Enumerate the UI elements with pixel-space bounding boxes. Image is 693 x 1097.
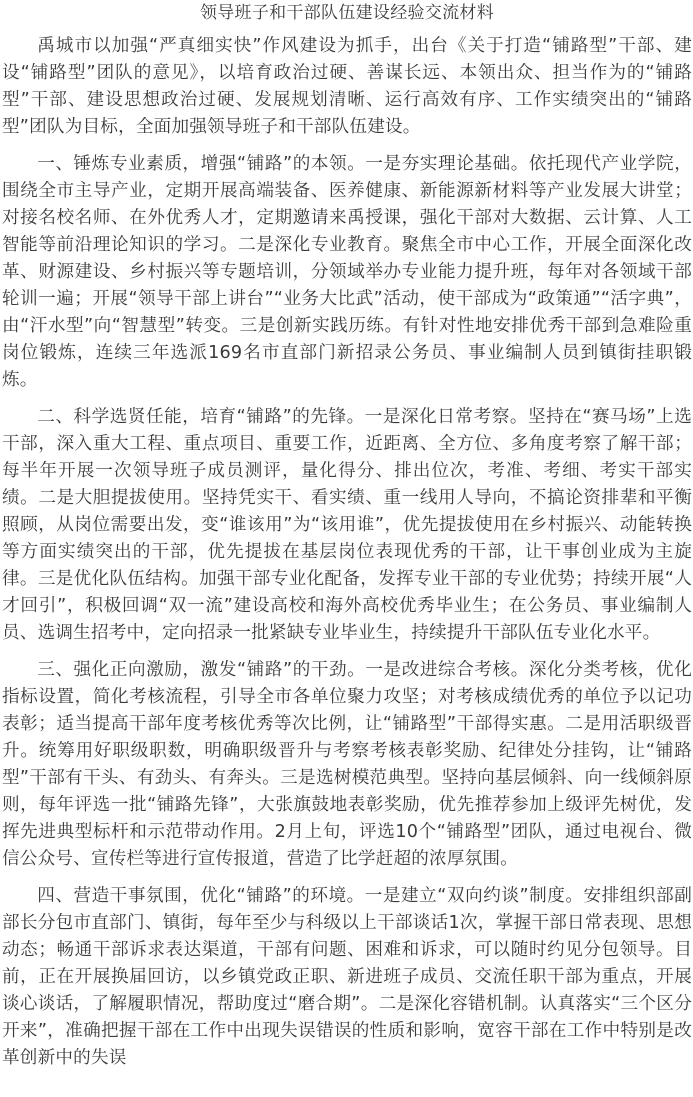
document: 领导班子和干部队伍建设经验交流材料 禹城市以加强“严真细实快”作风建设为抓手，出… bbox=[0, 0, 693, 1072]
paragraph-intro: 禹城市以加强“严真细实快”作风建设为抓手，出台《关于打造“铺路型”干部、建设“铺… bbox=[2, 33, 692, 141]
paragraph-section-3: 三、强化正向激励，激发“铺路”的干劲。一是改进综合考核。深化分类考核，优化指标设… bbox=[2, 657, 692, 873]
paragraph-section-4: 四、营造干事氛围，优化“铺路”的环境。一是建立“双向约谈”制度。安排组织部副部长… bbox=[2, 883, 692, 1072]
paragraph-section-1: 一、锤炼专业素质，增强“铺路”的本领。一是夯实理论基础。依托现代产业学院，围绕全… bbox=[2, 151, 692, 394]
document-title: 领导班子和干部队伍建设经验交流材料 bbox=[2, 0, 692, 30]
paragraph-section-2: 二、科学选贤任能，培育“铺路”的先锋。一是深化日常考察。坚持在“赛马场”上选干部… bbox=[2, 404, 692, 647]
